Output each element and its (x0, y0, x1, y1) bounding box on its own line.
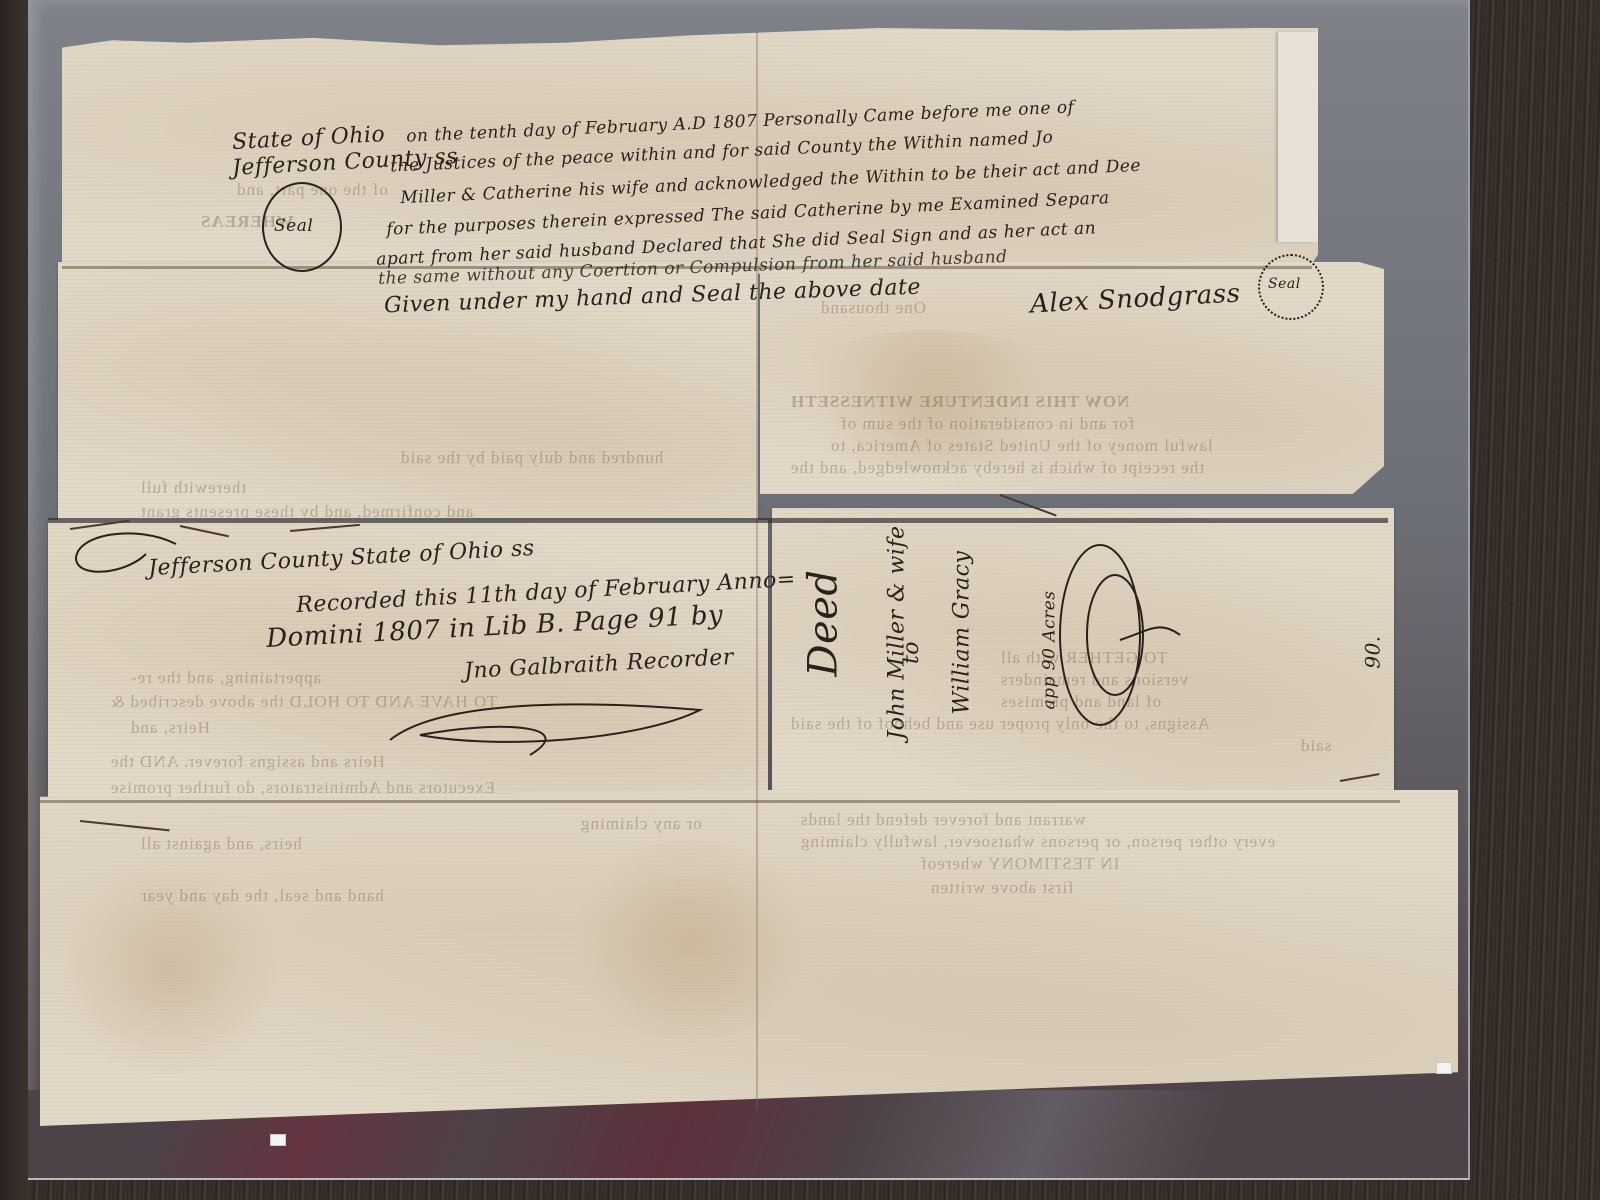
bleedthrough-text: the receipt of which is hereby acknowled… (790, 458, 1204, 478)
recorder-flourish (380, 680, 720, 760)
water-stain (560, 840, 820, 1040)
horizontal-tear-3 (40, 800, 1400, 803)
seal-label: Seal (274, 216, 313, 236)
bleedthrough-text: IN TESTIMONY whereof (920, 854, 1119, 874)
bleedthrough-text: and confirmed, and by these presents gra… (140, 502, 473, 522)
recording-opening-flourish (66, 524, 186, 584)
docket-grantee: William Gracy (949, 551, 974, 715)
sleeve-tab (270, 1134, 286, 1146)
bleedthrough-text: hundred and duly paid by the said (400, 448, 663, 468)
docket-title: Deed (801, 569, 847, 676)
sleeve-tab (1436, 1062, 1452, 1074)
bleedthrough-text: hand and seal, the day and year (140, 886, 384, 906)
bleedthrough-text: Heirs, and (130, 718, 210, 738)
bleedthrough-text: said (1300, 736, 1331, 756)
signature-seal-label: Seal (1268, 276, 1301, 292)
wood-table-edge (0, 0, 30, 1200)
bleedthrough-text: heirs, and against all (140, 834, 302, 854)
bleedthrough-text: therewith full (140, 478, 246, 498)
bleedthrough-text: every other person, or persons whatsoeve… (800, 832, 1275, 852)
bleedthrough-text: appertaining, and the re- (130, 668, 321, 688)
bleedthrough-text: first above written (930, 878, 1074, 898)
bleedthrough-text: NOW THIS INDENTURE WITNESSETH (790, 392, 1129, 412)
margin-number: 90. (1361, 635, 1385, 668)
bleedthrough-text: for and in consideration of the sum of (840, 414, 1134, 434)
docket-flourish (1040, 540, 1190, 740)
folded-corner-flap (1278, 32, 1318, 242)
bleedthrough-text: lawful money of the United States of Ame… (830, 436, 1213, 456)
bleedthrough-text: warrant and forever defend the lands (800, 810, 1086, 830)
bleedthrough-text: Executors and Administrators, do further… (110, 778, 495, 798)
bleedthrough-text: Heirs and assigns forever. AND the (110, 752, 385, 772)
docket-grantor: John Miller & wife (885, 525, 910, 739)
bleedthrough-text: or any claiming (580, 814, 702, 834)
docket-to: to (899, 641, 924, 664)
